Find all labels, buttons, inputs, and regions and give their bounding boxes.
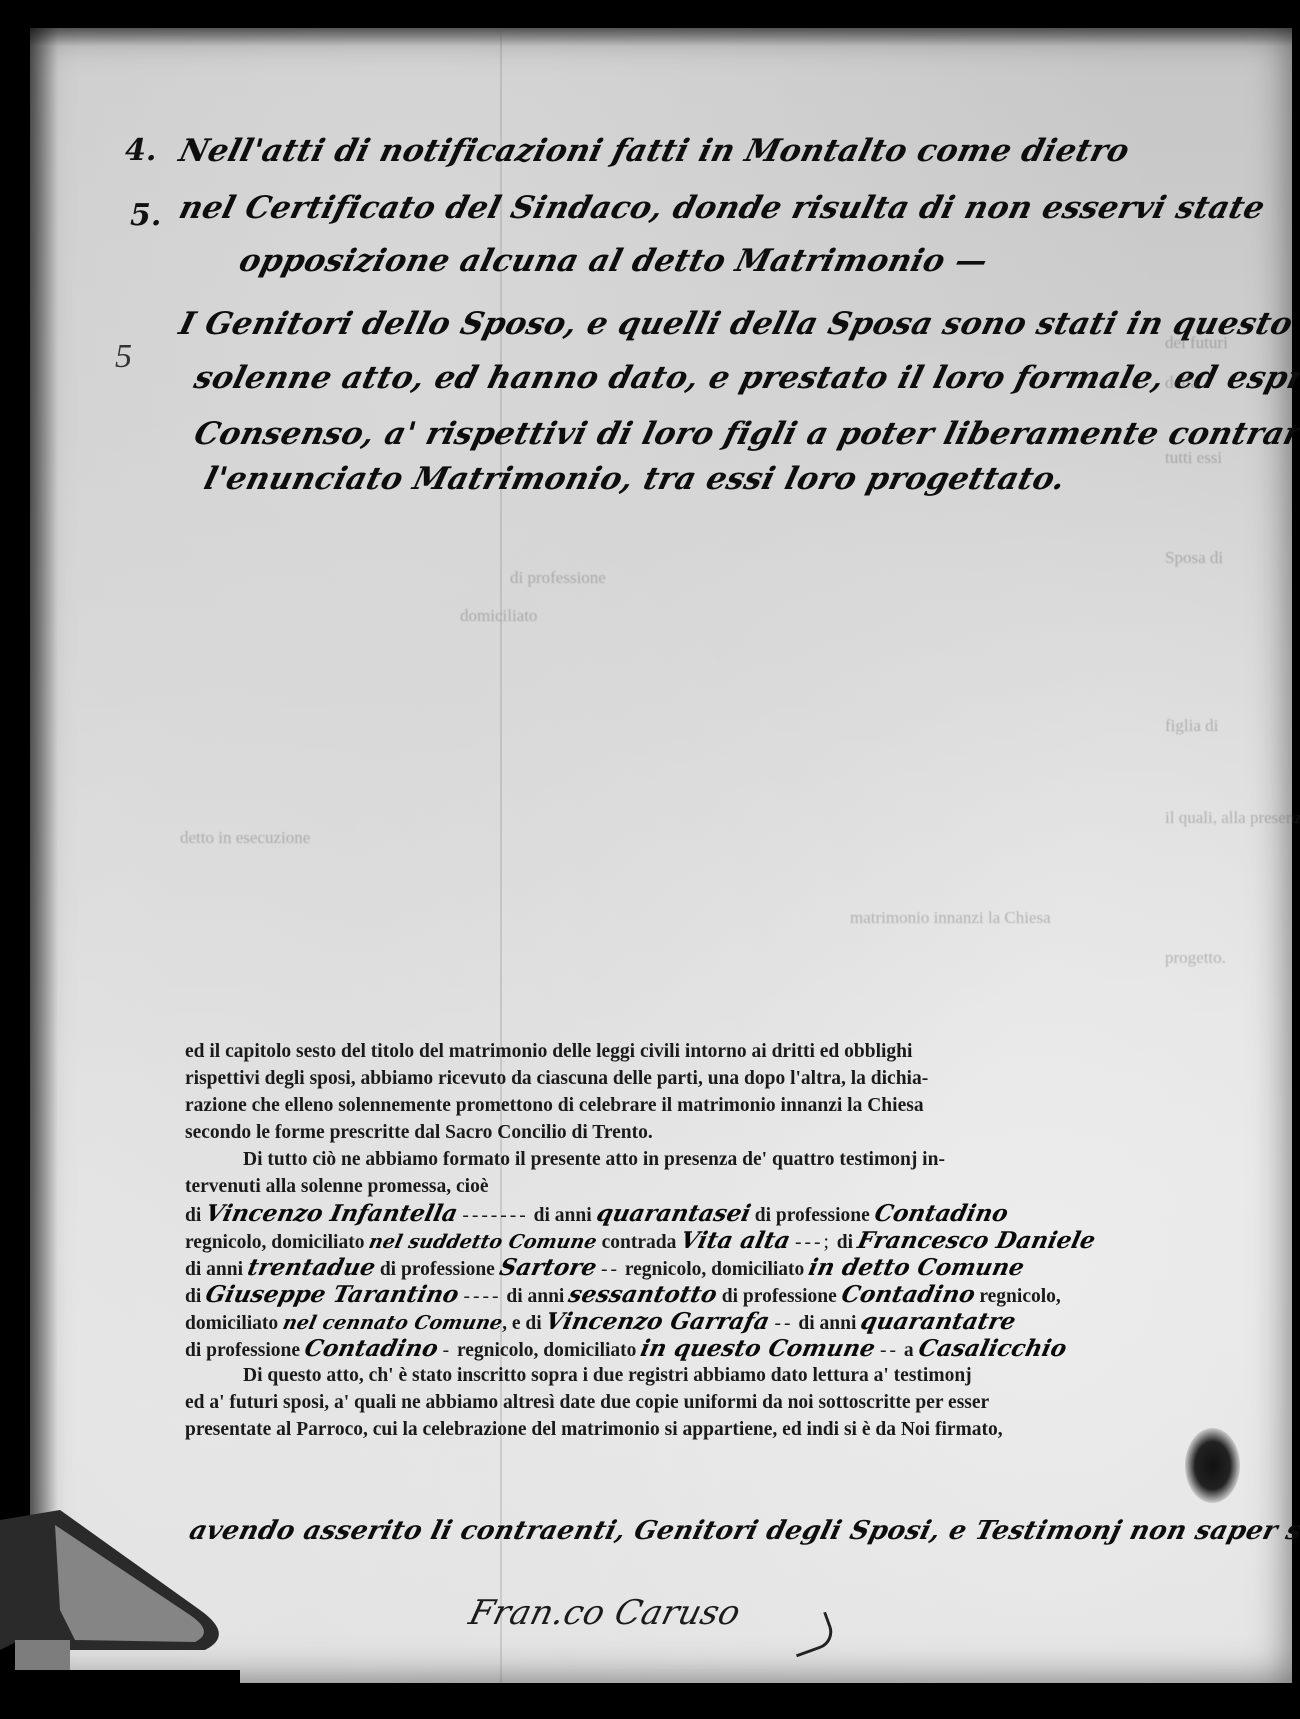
witness-domicile: in detto Comune	[806, 1254, 1027, 1281]
label: domiciliato	[543, 1340, 636, 1361]
label: di anni	[534, 1205, 592, 1226]
witness-line: domiciliato nel cennato Comune, e di Vin…	[185, 1308, 1215, 1335]
witness-profession: Sartore	[497, 1254, 599, 1281]
label: a	[904, 1340, 914, 1361]
margin-mark: 5	[115, 338, 132, 376]
dash: ---;	[795, 1232, 832, 1253]
label: contrada	[602, 1232, 677, 1253]
note-line: opposizione alcuna al detto Matrimonio —	[236, 243, 992, 279]
witness-locality: Casalicchio	[916, 1335, 1069, 1362]
bleed-fragment: di professione	[510, 568, 606, 588]
label: di professione	[722, 1286, 837, 1307]
label: regnicolo,	[457, 1340, 538, 1361]
dash: --	[601, 1259, 620, 1280]
bleed-fragment: della	[1165, 373, 1198, 393]
bleed-fragment: progetto.	[1165, 948, 1226, 968]
label: di professione	[755, 1205, 870, 1226]
bleed-fragment: domiciliato	[460, 606, 537, 626]
label: regnicolo,	[185, 1232, 266, 1253]
witness-profession: Contadino	[872, 1200, 1011, 1227]
dash: ----	[464, 1286, 502, 1307]
bleed-fragment: figlia di	[1165, 716, 1218, 736]
witness-line: di professione Contadino - regnicolo, do…	[185, 1335, 1215, 1362]
signature: Fran.co Caruso	[465, 1593, 745, 1633]
binding-clip-icon	[0, 1500, 240, 1690]
label: di anni	[185, 1259, 243, 1280]
bleed-fragment: tutti essi	[1165, 448, 1222, 468]
label: domiciliato	[271, 1232, 364, 1253]
witness-age: quarantatre	[858, 1308, 1018, 1335]
witness-domicile: nel suddetto Comune	[366, 1229, 599, 1256]
printed-line: Di questo atto, ch' è stato inscritto so…	[185, 1362, 1215, 1389]
handwritten-closing: avendo asserito li contraenti, Genitori …	[186, 1516, 1300, 1546]
witness-name: Giuseppe Tarantino	[203, 1281, 461, 1308]
bleed-fragment: il quali, alla presenza de' testimoni, c…	[1165, 808, 1300, 828]
note-line: Nell'atti di notificazioni fatti in Mont…	[176, 133, 1134, 169]
bleed-fragment: Sposa di	[1165, 548, 1223, 568]
label: di anni	[506, 1286, 564, 1307]
label: di	[185, 1286, 201, 1307]
label: e di	[512, 1313, 542, 1334]
printed-form: ed il capitolo sesto del titolo del matr…	[185, 1038, 1215, 1443]
page-shadow-left	[30, 28, 58, 1683]
printed-line: tervenuti alla solenne promessa, cioè	[185, 1173, 1215, 1200]
dash: --	[880, 1340, 899, 1361]
note-line: nel Certificato del Sindaco, donde risul…	[176, 190, 1269, 226]
note-line: Consenso, a' rispettivi di loro figli a …	[191, 416, 1300, 452]
printed-line: Di tutto ciò ne abbiamo formato il prese…	[185, 1146, 1215, 1173]
note-line: I Genitori dello Sposo, e quelli della S…	[176, 306, 1300, 342]
note-number: 4.	[125, 133, 156, 168]
witness-age: trentadue	[245, 1254, 378, 1281]
witness-domicile: nel cennato Comune	[280, 1310, 505, 1337]
note-number: 5.	[130, 198, 161, 233]
witness-line: regnicolo, domiciliato nel suddetto Comu…	[185, 1227, 1215, 1254]
printed-line: ed a' futuri sposi, a' quali ne abbiamo …	[185, 1389, 1215, 1416]
label: domiciliato	[185, 1313, 278, 1334]
witness-line: di Giuseppe Tarantino ---- di anni sessa…	[185, 1281, 1215, 1308]
label: di professione	[185, 1340, 300, 1361]
note-line: l'enunciato Matrimonio, tra essi loro pr…	[201, 461, 1070, 497]
printed-line: razione che elleno solennemente prometto…	[185, 1092, 1215, 1119]
witness-name: Francesco Daniele	[855, 1227, 1098, 1254]
label: regnicolo,	[625, 1259, 706, 1280]
document-page: 4. Nell'atti di notificazioni fatti in M…	[30, 28, 1292, 1683]
note-line: solenne atto, ed hanno dato, e prestato …	[191, 360, 1300, 396]
witness-age: sessantotto	[566, 1281, 719, 1308]
ink-blot	[1185, 1428, 1240, 1503]
printed-line: presentate al Parroco, cui la celebrazio…	[185, 1416, 1215, 1443]
witness-domicile: in questo Comune	[638, 1335, 878, 1362]
signature-flourish	[786, 1612, 838, 1658]
label: domiciliato	[711, 1259, 804, 1280]
witness-age: quarantasei	[594, 1200, 753, 1227]
printed-line: rispettivi degli sposi, abbiamo ricevuto…	[185, 1065, 1215, 1092]
label: di	[837, 1232, 853, 1253]
page-shadow-top	[30, 28, 1292, 46]
witness-profession: Contadino	[839, 1281, 978, 1308]
dash: -	[443, 1340, 453, 1361]
bleed-fragment: matrimonio innanzi la Chiesa	[850, 908, 1051, 928]
witness-line: di anni trentadue di professione Sartore…	[185, 1254, 1215, 1281]
witness-name: Vincenzo Infantella	[203, 1200, 460, 1227]
bleed-fragment: dei futuri	[1165, 333, 1228, 353]
witness-line: di Vincenzo Infantella ------- di anni q…	[185, 1200, 1215, 1227]
printed-line: ed il capitolo sesto del titolo del matr…	[185, 1038, 1215, 1065]
witness-name: Vincenzo Garrafa	[544, 1308, 773, 1335]
dash: --	[775, 1313, 794, 1334]
label: di anni	[798, 1313, 856, 1334]
label: di professione	[380, 1259, 495, 1280]
dash: -------	[462, 1205, 528, 1226]
label: regnicolo,	[979, 1286, 1060, 1307]
printed-line: secondo le forme prescritte dal Sacro Co…	[185, 1119, 1215, 1146]
bleed-fragment: detto in esecuzione	[180, 828, 310, 848]
witness-profession: Contadino	[302, 1335, 441, 1362]
label: di	[185, 1205, 201, 1226]
witness-contrada: Vita alta	[678, 1227, 793, 1254]
